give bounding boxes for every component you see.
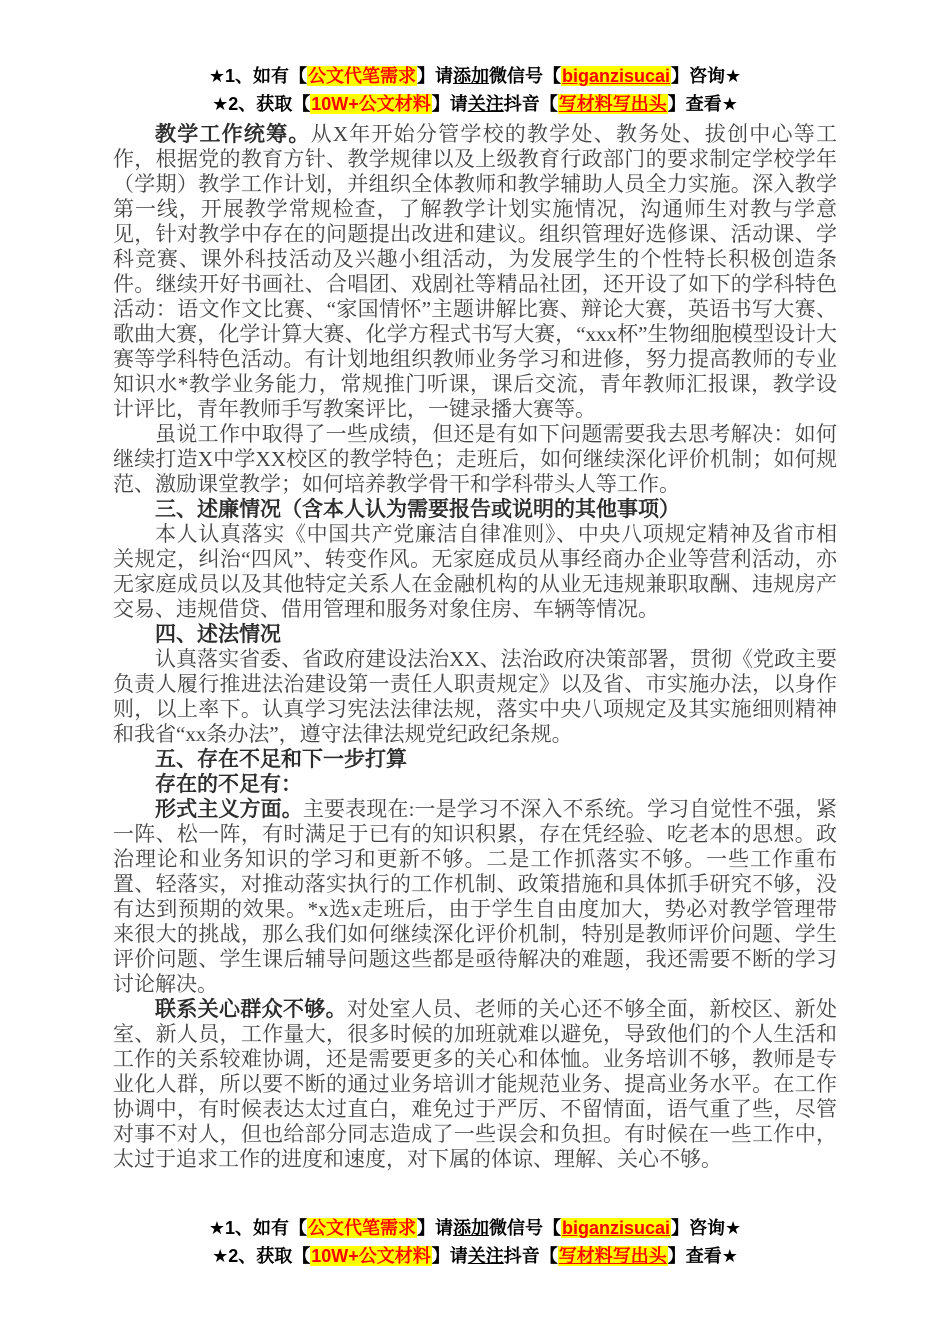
promo-text: 】查看★ [668,94,738,114]
promo-text: 抖音【 [504,94,558,114]
paragraph-text: 从X年开始分管学校的教学处、教务处、拔创中心等工作，根据党的教育方针、教学规律以… [113,122,837,421]
promo-wechat-id: biganzisucai [561,1218,671,1238]
paragraph-integrity-report: 本人认真落实《中国共产党廉洁自律准则》、中央八项规定精神及省市相关规定，纠治“四… [113,522,837,622]
paragraph-text: 虽说工作中取得了一些成绩，但还是有如下问题需要我去思考解决：如何继续打造X中学X… [113,422,837,496]
heading-integrity-section: 三、述廉情况（含本人认为需要报告或说明的其他事项） [113,497,837,522]
paragraph-achievements-issues: 虽说工作中取得了一些成绩，但还是有如下问题需要我去思考解决：如何继续打造X中学X… [113,422,837,497]
promo-footer-line-1: ★1、如有【公文代笔需求】请添加微信号【biganzisucai】咨询★ [113,1214,837,1242]
promo-text: ★1、如有【 [209,66,307,86]
paragraph-text: 本人认真落实《中国共产党廉洁自律准则》、中央八项规定精神及省市相关规定，纠治“四… [113,522,837,621]
promo-underline-add: 添加 [453,1218,489,1238]
document-page: ★1、如有【公文代笔需求】请添加微信号【biganzisucai】咨询★ ★2、… [0,0,950,1344]
promo-text: 】请 [417,1218,453,1238]
paragraph-teaching-coordination: 教学工作统筹。从X年开始分管学校的教学处、教务处、拔创中心等工作，根据党的教育方… [113,122,837,422]
promo-text: 】请 [417,66,453,86]
promo-text: 】咨询★ [671,66,741,86]
document-body: 教学工作统筹。从X年开始分管学校的教学处、教务处、拔创中心等工作，根据党的教育方… [113,122,837,1172]
promo-text: 微信号【 [489,1218,561,1238]
paragraph-lead: 形式主义方面。 [155,797,303,821]
paragraph-text: 主要表现在:一是学习不深入不系统。学习自觉性不强，紧一阵、松一阵，有时满足于已有… [113,797,837,996]
paragraph-care-for-staff: 联系关心群众不够。对处室人员、老师的关心还不够全面，新校区、新处室、新人员，工作… [113,997,837,1172]
promo-underline-add: 添加 [453,66,489,86]
paragraph-formalism: 形式主义方面。主要表现在:一是学习不深入不系统。学习自觉性不强，紧一阵、松一阵，… [113,797,837,997]
promo-text: 】请 [432,1246,468,1266]
promo-header: ★1、如有【公文代笔需求】请添加微信号【biganzisucai】咨询★ ★2、… [113,62,837,118]
heading-shortcomings-list: 存在的不足有： [113,772,837,797]
promo-footer: ★1、如有【公文代笔需求】请添加微信号【biganzisucai】咨询★ ★2、… [113,1214,837,1270]
promo-text: 】咨询★ [671,1218,741,1238]
paragraph-lead: 教学工作统筹。 [155,122,311,146]
promo-text: ★1、如有【 [209,1218,307,1238]
promo-douyin-id: 写材料写出头 [558,94,668,114]
paragraph-text: 认真落实省委、省政府建设法治XX、法治政府决策部署，贯彻《党政主要负责人履行推进… [113,647,837,746]
promo-text: ★2、获取【 [212,1246,310,1266]
paragraph-law-report: 认真落实省委、省政府建设法治XX、法治政府决策部署，贯彻《党政主要负责人履行推进… [113,647,837,747]
promo-douyin-id: 写材料写出头 [558,1246,668,1266]
promo-text: 微信号【 [489,66,561,86]
promo-highlight-service: 公文代笔需求 [307,1218,417,1238]
promo-highlight-materials: 10W+公文材料 [310,94,432,114]
promo-highlight-service: 公文代笔需求 [307,66,417,86]
promo-underline-follow: 关注 [468,1246,504,1266]
promo-footer-line-2: ★2、获取【10W+公文材料】请关注抖音【写材料写出头】查看★ [113,1242,837,1270]
heading-shortcomings-section: 五、存在不足和下一步打算 [113,747,837,772]
promo-header-line-2: ★2、获取【10W+公文材料】请关注抖音【写材料写出头】查看★ [113,90,837,118]
promo-underline-follow: 关注 [468,94,504,114]
promo-header-line-1: ★1、如有【公文代笔需求】请添加微信号【biganzisucai】咨询★ [113,62,837,90]
promo-highlight-materials: 10W+公文材料 [310,1246,432,1266]
promo-text: 】查看★ [668,1246,738,1266]
promo-text: 】请 [432,94,468,114]
promo-wechat-id: biganzisucai [561,66,671,86]
paragraph-lead: 联系关心群众不够。 [155,997,347,1021]
heading-law-section: 四、述法情况 [113,622,837,647]
paragraph-text: 对处室人员、老师的关心还不够全面，新校区、新处室、新人员，工作量大，很多时候的加… [113,997,837,1171]
promo-text: 抖音【 [504,1246,558,1266]
promo-text: ★2、获取【 [212,94,310,114]
